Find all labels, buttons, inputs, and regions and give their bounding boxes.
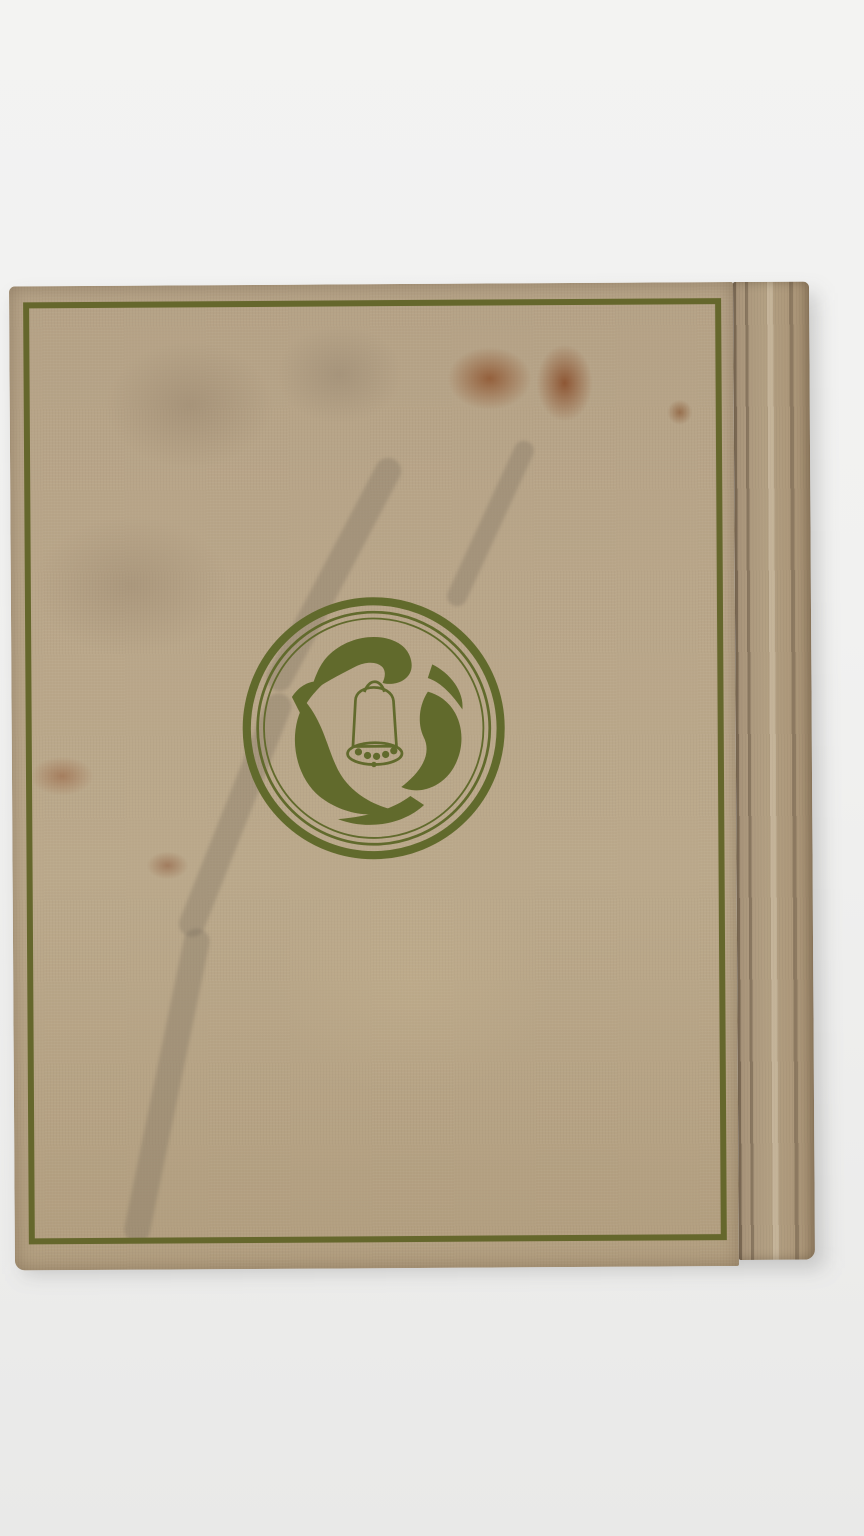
book — [9, 282, 815, 1271]
book-spine — [733, 282, 815, 1260]
book-cover — [9, 282, 739, 1270]
acorn-emblem-icon — [237, 591, 511, 865]
photo-scene — [0, 0, 864, 1536]
